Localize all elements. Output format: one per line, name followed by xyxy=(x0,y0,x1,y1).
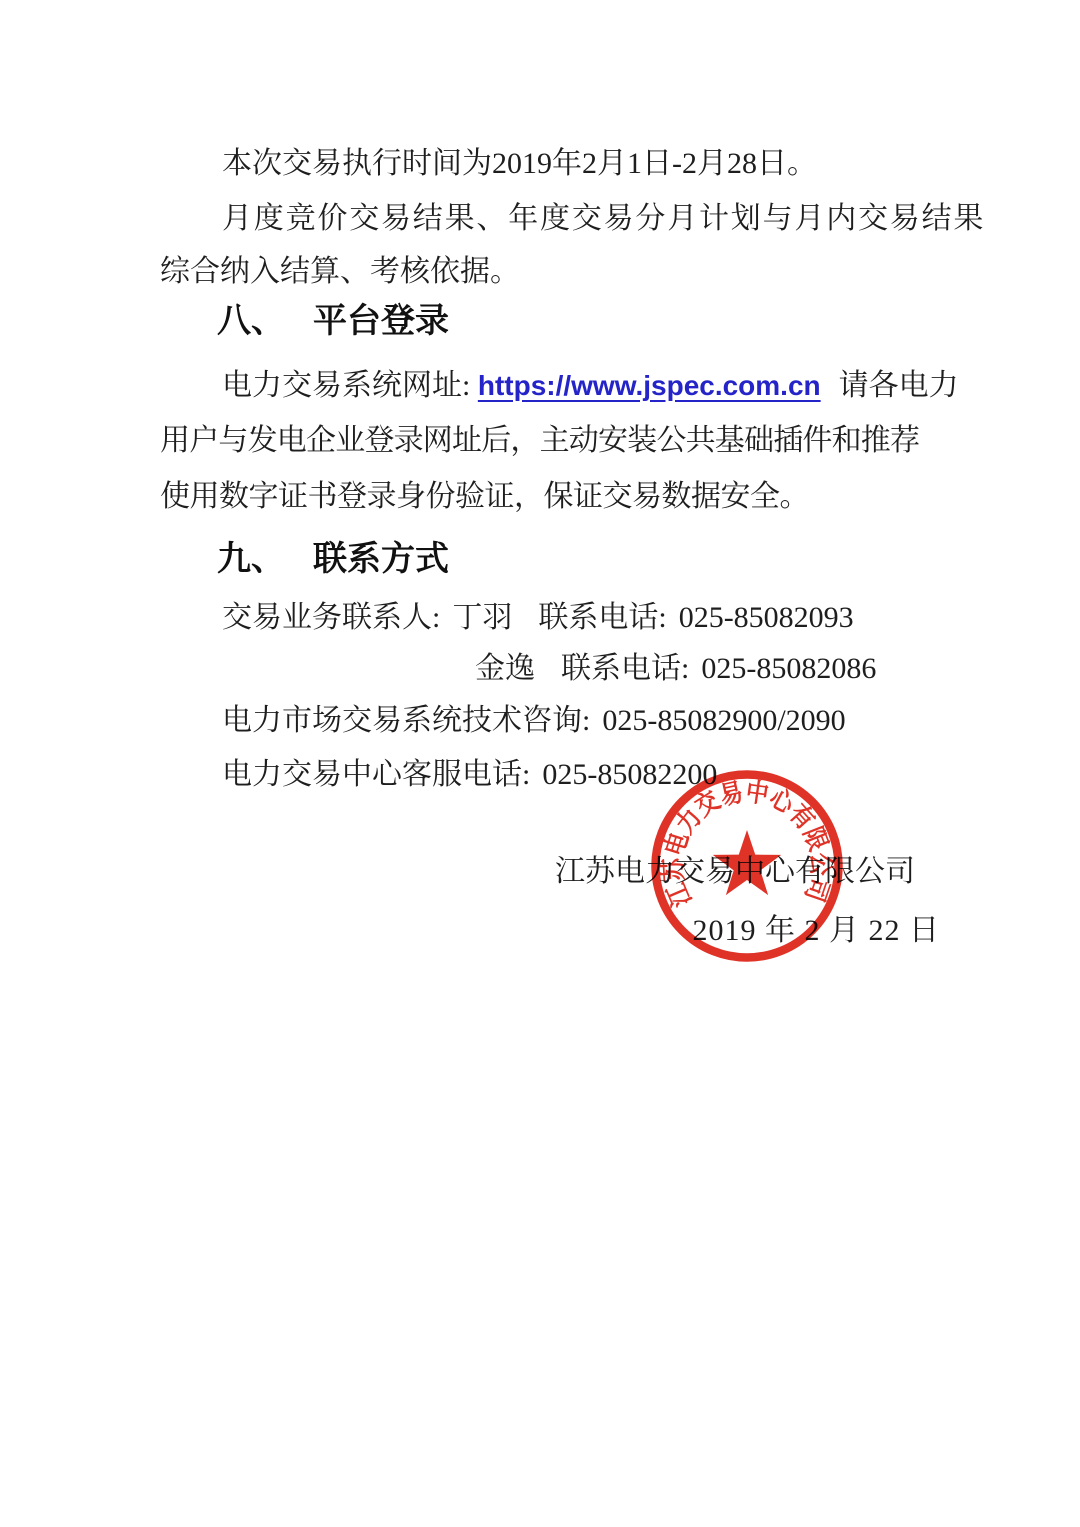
paragraph-settlement-line2: 综合纳入结算、考核依据。 xyxy=(160,252,930,292)
tech-support-label: 电力市场交易系统技术咨询: xyxy=(222,704,590,737)
platform-line2: 用户与发电企业登录网址后，主动安装公共基础插件和推荐 xyxy=(160,421,930,461)
trading-system-url-link[interactable]: https://www.jspec.com.cn xyxy=(478,370,839,401)
contact1-phone: 025-85082093 xyxy=(679,601,854,634)
tech-support-line: 电力市场交易系统技术咨询:025-85082900/2090 xyxy=(160,701,992,741)
contact-line-1: 交易业务联系人:丁羽联系电话:025-85082093 xyxy=(160,598,992,638)
section-heading-contact: 九、联系方式 xyxy=(217,538,449,580)
section-number: 八、 xyxy=(217,302,285,340)
tech-support-phone: 025-85082900/2090 xyxy=(602,704,845,737)
signature-date: 2019 年 2 月 22 日 xyxy=(693,911,941,951)
customer-service-line: 电力交易中心客服电话:025-85082200 xyxy=(160,755,992,795)
section-number: 九、 xyxy=(217,540,285,578)
document-page: 本次交易执行时间为2019年2月1日-2月28日。 月度竞价交易结果、年度交易分… xyxy=(0,0,1080,1527)
customer-service-phone: 025-85082200 xyxy=(542,758,717,791)
platform-url-line: 电力交易系统网址: https://www.jspec.com.cn请各电力 xyxy=(160,366,992,406)
platform-url-suffix: 请各电力 xyxy=(839,369,959,402)
section-heading-platform-login: 八、平台登录 xyxy=(217,300,449,342)
contact2-phone: 025-85082086 xyxy=(701,652,876,685)
business-contact-label: 交易业务联系人: xyxy=(222,601,440,634)
phone-label-1: 联系电话: xyxy=(538,601,666,634)
section-title: 平台登录 xyxy=(313,302,449,340)
platform-url-prefix: 电力交易系统网址: xyxy=(222,369,478,402)
signature-company-name: 江苏电力交易中心有限公司 xyxy=(555,852,915,892)
contact-line-2: 金逸联系电话:025-85082086 xyxy=(475,649,1080,689)
section-title: 联系方式 xyxy=(313,540,449,578)
contact2-name: 金逸 xyxy=(475,652,535,685)
customer-service-label: 电力交易中心客服电话: xyxy=(222,758,530,791)
paragraph-execution-time: 本次交易执行时间为2019年2月1日-2月28日。 xyxy=(160,144,992,184)
platform-line3: 使用数字证书登录身份验证，保证交易数据安全。 xyxy=(160,477,930,517)
contact1-name: 丁羽 xyxy=(452,601,512,634)
phone-label-2: 联系电话: xyxy=(561,652,689,685)
paragraph-settlement-line1: 月度竞价交易结果、年度交易分月计划与月内交易结果 xyxy=(160,199,992,239)
